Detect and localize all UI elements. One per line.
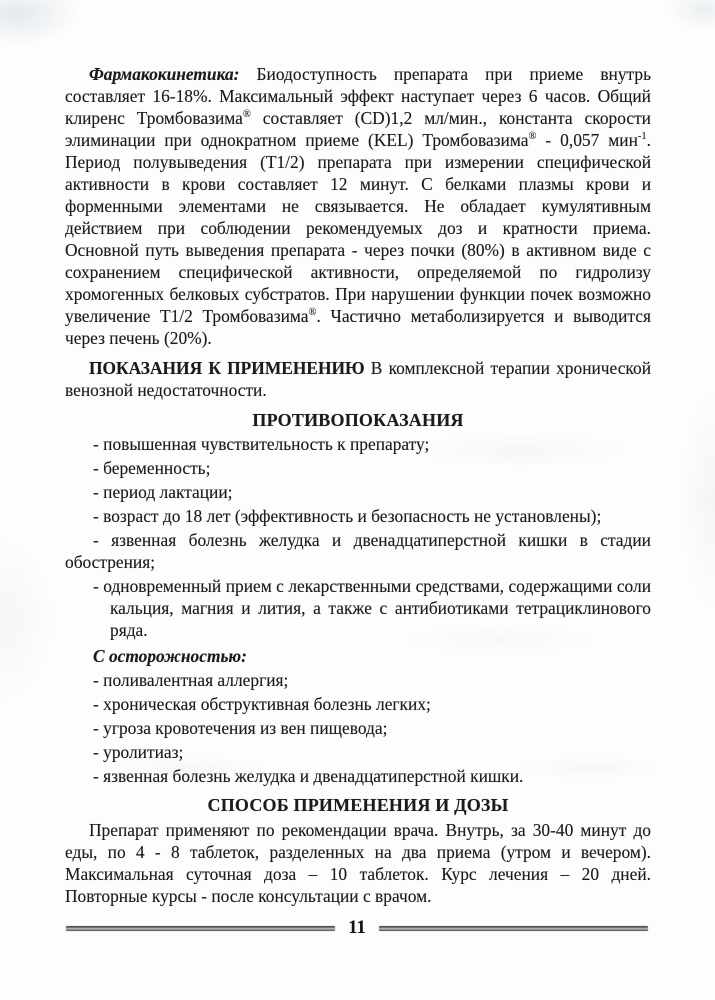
- pharmacokinetics-paragraph: Фармакокинетика: Биодоступность препарат…: [65, 63, 651, 349]
- indications-heading: ПОКАЗАНИЯ К ПРИМЕНЕНИЮ: [89, 358, 365, 378]
- contraindication-item: - беременность;: [65, 457, 651, 479]
- dosage-heading: СПОСОБ ПРИМЕНЕНИЯ И ДОЗЫ: [65, 794, 651, 816]
- caution-item: - язвенная болезнь желудка и двенадцатип…: [65, 765, 651, 787]
- dosage-paragraph: Препарат применяют по рекомендации врача…: [65, 819, 651, 907]
- caution-item: - поливалентная аллергия;: [65, 669, 651, 691]
- contraindication-item: - период лактации;: [65, 481, 651, 503]
- caution-item: - хроническая обструктивная болезнь легк…: [65, 693, 651, 715]
- contraindication-item: - возраст до 18 лет (эффективность и без…: [65, 505, 651, 527]
- caution-heading: С осторожностью:: [65, 645, 651, 667]
- pharmacokinetics-lead: Фармакокинетика:: [89, 64, 239, 84]
- contraindications-heading: ПРОТИВОПОКАЗАНИЯ: [65, 409, 651, 431]
- caution-item: - угроза кровотечения из вен пищевода;: [65, 717, 651, 739]
- page-content: Фармакокинетика: Биодоступность препарат…: [65, 63, 651, 907]
- caution-item: - уролитиаз;: [65, 741, 651, 763]
- contraindications-list: - повышенная чувствительность к препарат…: [65, 433, 651, 641]
- footer-rule-right: [379, 926, 648, 931]
- page-number: 11: [348, 917, 365, 939]
- document-page: Фармакокинетика: Биодоступность препарат…: [0, 0, 715, 1000]
- indications-paragraph: ПОКАЗАНИЯ К ПРИМЕНЕНИЮ В комплексной тер…: [65, 357, 651, 401]
- contraindication-item: - повышенная чувствительность к препарат…: [65, 433, 651, 455]
- footer-rule-left: [66, 926, 335, 931]
- contraindication-item: - язвенная болезнь желудка и двенадцатип…: [65, 529, 651, 573]
- contraindication-item: - одновременный прием с лекарственными с…: [65, 575, 651, 641]
- caution-list: - поливалентная аллергия; - хроническая …: [65, 669, 651, 787]
- page-footer: 11: [66, 917, 648, 939]
- pharmacokinetics-text: Биодоступность препарата при приеме внут…: [65, 64, 651, 348]
